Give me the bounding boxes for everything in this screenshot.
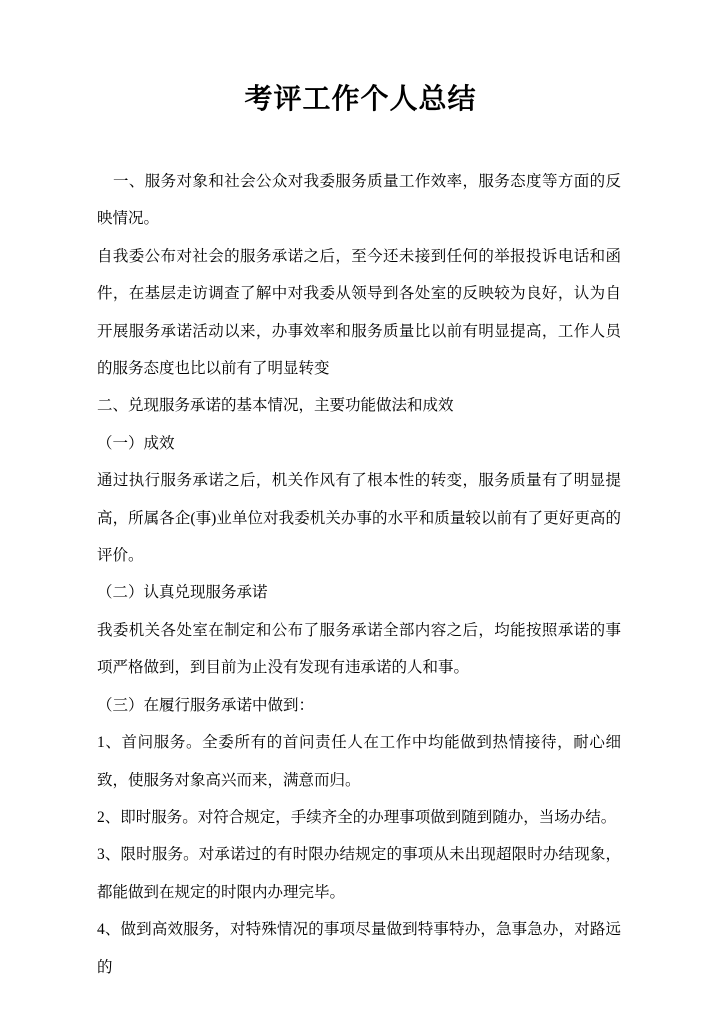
paragraph-section-1-heading: 一、服务对象和社会公众对我委服务质量工作效率，服务态度等方面的反映情况。	[97, 163, 621, 238]
paragraph-list-item-3: 3、限时服务。对承诺过的有时限办结规定的事项从未出现超限时办结现象，都能做到在规…	[97, 836, 621, 911]
paragraph-section-1-body: 自我委公布对社会的服务承诺之后，至今还未接到任何的举报投诉电话和函件，在基层走访…	[97, 238, 621, 388]
paragraph-subsection-1-heading: （一）成效	[97, 425, 621, 462]
paragraph-subsection-3-heading: （三）在履行服务承诺中做到：	[97, 687, 621, 724]
document-page: 考评工作个人总结 一、服务对象和社会公众对我委服务质量工作效率，服务态度等方面的…	[0, 0, 721, 1020]
paragraph-subsection-2-body: 我委机关各处室在制定和公布了服务承诺全部内容之后，均能按照承诺的事项严格做到，到…	[97, 612, 621, 687]
paragraph-subsection-1-body: 通过执行服务承诺之后，机关作风有了根本性的转变，服务质量有了明显提高，所属各企(…	[97, 462, 621, 574]
paragraph-section-2-heading: 二、兑现服务承诺的基本情况，主要功能做法和成效	[97, 387, 621, 424]
paragraph-list-item-4: 4、做到高效服务，对特殊情况的事项尽量做到特事特办，急事急办，对路远的	[97, 911, 621, 986]
paragraph-list-item-2: 2、即时服务。对符合规定，手续齐全的办理事项做到随到随办，当场办结。	[97, 799, 621, 836]
document-title: 考评工作个人总结	[0, 83, 721, 117]
paragraph-list-item-1: 1、首问服务。全委所有的首问责任人在工作中均能做到热情接待，耐心细致，使服务对象…	[97, 724, 621, 799]
document-body: 一、服务对象和社会公众对我委服务质量工作效率，服务态度等方面的反映情况。 自我委…	[97, 163, 621, 986]
paragraph-subsection-2-heading: （二）认真兑现服务承诺	[97, 574, 621, 611]
